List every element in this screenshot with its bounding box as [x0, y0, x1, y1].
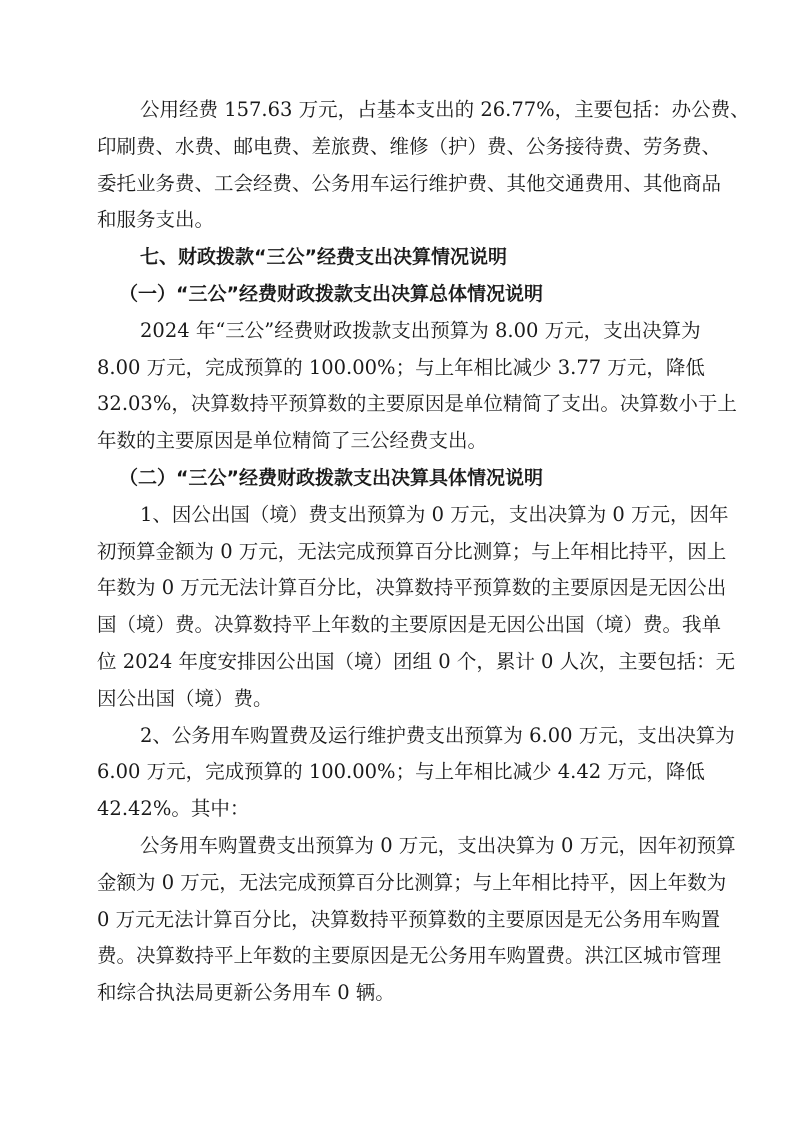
text-line: 2024 年“三公”经费财政拨款支出预算为 8.00 万元，支出决算为 — [97, 313, 699, 350]
paragraph-vehicle-purchase: 公务用车购置费支出预算为 0 万元，支出决算为 0 万元，因年初预算 金额为 0… — [97, 828, 699, 1012]
text-line: 42.42%。其中： — [97, 791, 699, 828]
text-line: 委托业务费、工会经费、公务用车运行维护费、其他交通费用、其他商品 — [97, 166, 699, 203]
text-line: 年数的主要原因是单位精简了三公经费支出。 — [97, 423, 699, 460]
text-line: 1、因公出国（境）费支出预算为 0 万元，支出决算为 0 万元，因年 — [97, 497, 699, 534]
text-line: 8.00 万元，完成预算的 100.00%；与上年相比减少 3.77 万元，降低 — [97, 350, 699, 387]
text-line: 国（境）费。决算数持平上年数的主要原因是无因公出国（境）费。我单 — [97, 607, 699, 644]
paragraph-overseas-travel: 1、因公出国（境）费支出预算为 0 万元，支出决算为 0 万元，因年 初预算金额… — [97, 497, 699, 718]
subsection-heading-one: （一）“三公”经费财政拨款支出决算总体情况说明 — [97, 276, 699, 313]
text-line: 和服务支出。 — [97, 202, 699, 239]
text-line: 年数为 0 万元无法计算百分比，决算数持平预算数的主要原因是无因公出 — [97, 570, 699, 607]
subsection-heading-two: （二）“三公”经费财政拨款支出决算具体情况说明 — [97, 460, 699, 497]
paragraph-official-vehicles: 2、公务用车购置费及运行维护费支出预算为 6.00 万元，支出决算为 6.00 … — [97, 718, 699, 828]
text-line: 位 2024 年度安排因公出国（境）团组 0 个，累计 0 人次，主要包括：无 — [97, 644, 699, 681]
text-line: 32.03%，决算数持平预算数的主要原因是单位精简了支出。决算数小于上 — [97, 386, 699, 423]
text-line: 公务用车购置费支出预算为 0 万元，支出决算为 0 万元，因年初预算 — [97, 828, 699, 865]
text-line: 费。决算数持平上年数的主要原因是无公务用车购置费。洪江区城市管理 — [97, 938, 699, 975]
text-line: 6.00 万元，完成预算的 100.00%；与上年相比减少 4.42 万元，降低 — [97, 754, 699, 791]
document-page: 公用经费 157.63 万元，占基本支出的 26.77%，主要包括：办公费、 印… — [97, 92, 699, 1012]
text-line: 印刷费、水费、邮电费、差旅费、维修（护）费、公务接待费、劳务费、 — [97, 129, 699, 166]
text-line: 因公出国（境）费。 — [97, 681, 699, 718]
text-line: 2、公务用车购置费及运行维护费支出预算为 6.00 万元，支出决算为 — [97, 718, 699, 755]
text-line: 和综合执法局更新公务用车 0 辆。 — [97, 975, 699, 1012]
text-line: 初预算金额为 0 万元，无法完成预算百分比测算；与上年相比持平，因上 — [97, 534, 699, 571]
paragraph-overall-summary: 2024 年“三公”经费财政拨款支出预算为 8.00 万元，支出决算为 8.00… — [97, 313, 699, 460]
paragraph-public-expenses: 公用经费 157.63 万元，占基本支出的 26.77%，主要包括：办公费、 印… — [97, 92, 699, 239]
text-line: 公用经费 157.63 万元，占基本支出的 26.77%，主要包括：办公费、 — [97, 92, 699, 129]
text-line: 0 万元无法计算百分比，决算数持平预算数的主要原因是无公务用车购置 — [97, 902, 699, 939]
text-line: 金额为 0 万元，无法完成预算百分比测算；与上年相比持平，因上年数为 — [97, 865, 699, 902]
section-heading-seven: 七、财政拨款“三公”经费支出决算情况说明 — [97, 239, 699, 276]
